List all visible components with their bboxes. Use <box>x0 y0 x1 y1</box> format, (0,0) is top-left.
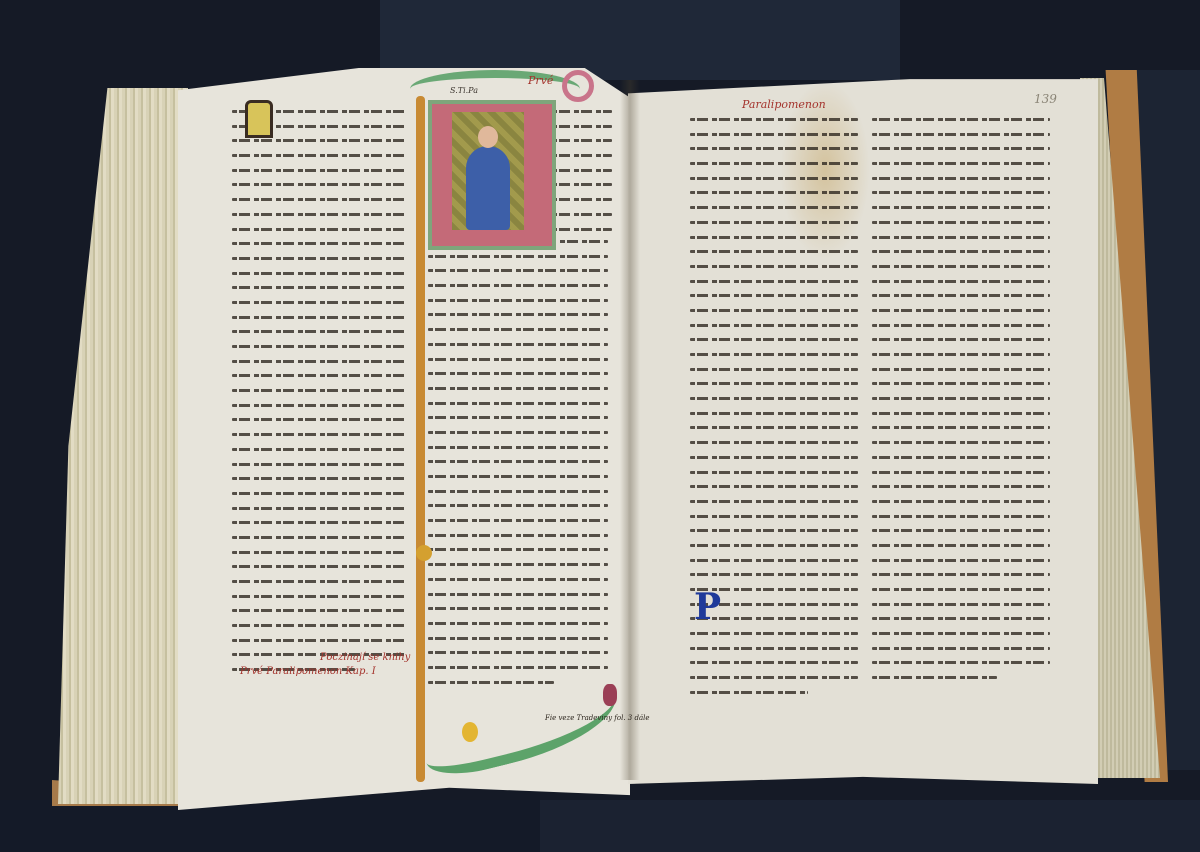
pencil-signature: S.Ti.Pa <box>450 86 478 95</box>
decorated-capital-m <box>245 100 273 138</box>
chapter-rubric-2: Prvé Paralipomenon Kap. I <box>240 666 376 677</box>
left-page-column-2-beside-initial <box>552 110 612 242</box>
left-page-column-1 <box>232 110 408 683</box>
catchword: Fie veze Tradeviny fol. 3 dále <box>545 714 650 722</box>
gold-flower <box>462 722 478 742</box>
chapter-rubric-1: Poczinají se knihy <box>320 652 410 663</box>
seated-figure-blue-robe <box>466 146 510 230</box>
right-page-column-2 <box>872 118 1050 691</box>
red-bud <box>603 684 617 706</box>
figure-face <box>478 126 498 148</box>
gold-boss <box>416 545 432 561</box>
right-running-header: Paralipomenon <box>742 98 826 111</box>
acanthus-swirl <box>562 70 594 102</box>
left-page-column-2 <box>428 240 608 695</box>
page-stack-left <box>58 88 188 804</box>
folio-number: 139 <box>1034 92 1057 106</box>
left-running-header: Prvé <box>528 74 553 87</box>
blue-initial-p: P <box>694 590 720 624</box>
book-gutter <box>620 80 640 780</box>
vine-border-vertical <box>416 96 425 782</box>
display-case-base <box>540 800 1200 852</box>
